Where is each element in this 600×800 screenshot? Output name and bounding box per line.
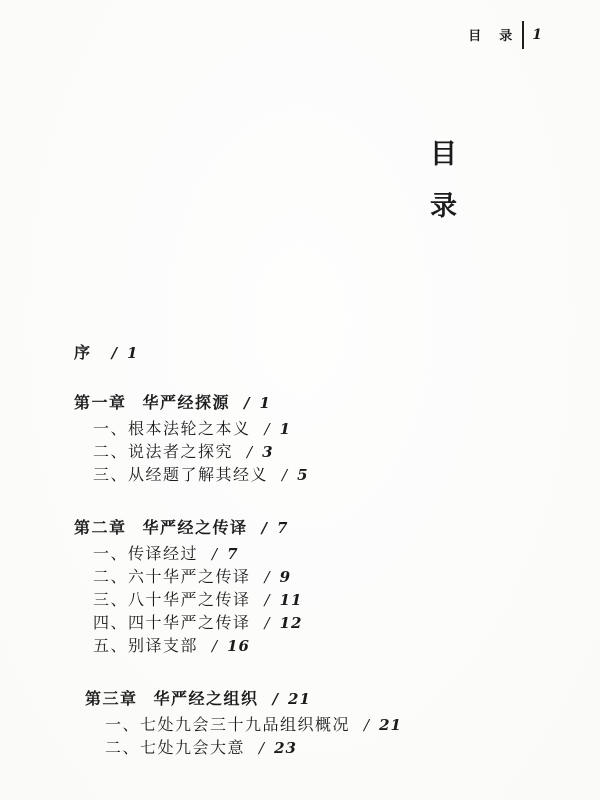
toc-chapter-row: 第三章 华严经之组织 / 21 bbox=[74, 688, 402, 711]
toc-entry-label: 二、六十华严之传译 bbox=[93, 566, 251, 589]
toc-chapter-row: 第二章 华严经之传译 / 7 bbox=[74, 517, 402, 540]
toc-page-number: 5 bbox=[297, 464, 308, 487]
toc-item-row: 三、从经题了解其经义 / 5 bbox=[74, 464, 402, 487]
toc-page-number: 21 bbox=[379, 714, 402, 737]
toc-separator: / bbox=[273, 688, 278, 711]
toc-item-row: 二、说法者之探究 / 3 bbox=[74, 441, 402, 464]
toc-item-row: 一、根本法轮之本义 / 1 bbox=[74, 418, 402, 441]
toc-separator: / bbox=[265, 418, 270, 441]
toc-chapter-title: 华严经探源 bbox=[143, 392, 231, 415]
toc-entry-label: 五、别译支部 bbox=[93, 635, 198, 658]
toc-item-row: 五、别译支部 / 16 bbox=[74, 635, 402, 658]
toc-separator: / bbox=[282, 464, 287, 487]
toc-page-number: 23 bbox=[274, 737, 297, 760]
toc-chapter-title: 华严经之组织 bbox=[154, 688, 259, 711]
toc-chapter-row: 第一章 华严经探源 / 1 bbox=[74, 392, 402, 415]
toc-page-number: 1 bbox=[127, 342, 138, 365]
page-title-char: 录 bbox=[430, 193, 457, 220]
toc-page-number: 12 bbox=[280, 612, 303, 635]
toc-entry-label: 一、根本法轮之本义 bbox=[93, 418, 251, 441]
toc-page-number: 7 bbox=[227, 543, 238, 566]
page-title-char: 目 bbox=[430, 141, 457, 168]
running-header-title-char: 录 bbox=[499, 29, 512, 42]
scanned-book-page: 目 录 1 目 录 序 / 1 第一章 华严经探源 / 1 一、根本法轮之本义 … bbox=[0, 0, 600, 800]
toc-separator: / bbox=[265, 589, 270, 612]
running-header: 目 录 1 bbox=[468, 21, 542, 49]
toc-chapter-number: 第二章 bbox=[74, 517, 127, 540]
toc-item-row: 三、八十华严之传译 / 11 bbox=[74, 589, 402, 612]
toc-item-row: 二、六十华严之传译 / 9 bbox=[74, 566, 402, 589]
page-number: 1 bbox=[532, 27, 542, 43]
toc-separator: / bbox=[247, 441, 252, 464]
toc-separator: / bbox=[212, 635, 217, 658]
toc-item-row: 二、七处九会大意 / 23 bbox=[74, 737, 402, 760]
toc-separator: / bbox=[212, 543, 217, 566]
toc-chapter-title: 华严经之传译 bbox=[143, 517, 248, 540]
toc-entry-label: 四、四十华严之传译 bbox=[93, 612, 251, 635]
toc-separator: / bbox=[112, 342, 117, 365]
toc-item-row: 一、七处九会三十九品组织概况 / 21 bbox=[74, 714, 402, 737]
toc-page-number: 1 bbox=[280, 418, 291, 441]
toc-chapter-number: 第三章 bbox=[85, 688, 138, 711]
toc-preface-row: 序 / 1 bbox=[74, 342, 402, 365]
toc-separator: / bbox=[364, 714, 369, 737]
toc-entry-label: 三、八十华严之传译 bbox=[93, 589, 251, 612]
toc-page-number: 21 bbox=[288, 688, 311, 711]
toc-item-row: 一、传译经过 / 7 bbox=[74, 543, 402, 566]
toc-separator: / bbox=[262, 517, 267, 540]
running-header-title-char: 目 bbox=[468, 29, 481, 42]
toc-entry-label: 二、七处九会大意 bbox=[105, 737, 245, 760]
toc-page-number: 1 bbox=[260, 392, 271, 415]
page-title: 目 录 bbox=[430, 141, 457, 220]
toc-page-number: 16 bbox=[227, 635, 250, 658]
header-divider-rule bbox=[522, 21, 524, 49]
toc-entry-label: 二、说法者之探究 bbox=[93, 441, 233, 464]
toc-page-number: 9 bbox=[280, 566, 291, 589]
toc-chapter-number: 第一章 bbox=[74, 392, 127, 415]
toc-separator: / bbox=[265, 566, 270, 589]
toc-page-number: 3 bbox=[262, 441, 273, 464]
toc-entry-label: 一、传译经过 bbox=[93, 543, 198, 566]
toc-page-number: 7 bbox=[277, 517, 288, 540]
toc-separator: / bbox=[259, 737, 264, 760]
toc-entry-label: 三、从经题了解其经义 bbox=[93, 464, 268, 487]
table-of-contents: 序 / 1 第一章 华严经探源 / 1 一、根本法轮之本义 / 1 二、说法者之… bbox=[74, 342, 402, 760]
toc-item-row: 四、四十华严之传译 / 12 bbox=[74, 612, 402, 635]
toc-entry-label: 一、七处九会三十九品组织概况 bbox=[105, 714, 350, 737]
toc-separator: / bbox=[265, 612, 270, 635]
toc-separator: / bbox=[244, 392, 249, 415]
toc-page-number: 11 bbox=[280, 589, 303, 612]
toc-entry-label: 序 bbox=[74, 342, 92, 365]
